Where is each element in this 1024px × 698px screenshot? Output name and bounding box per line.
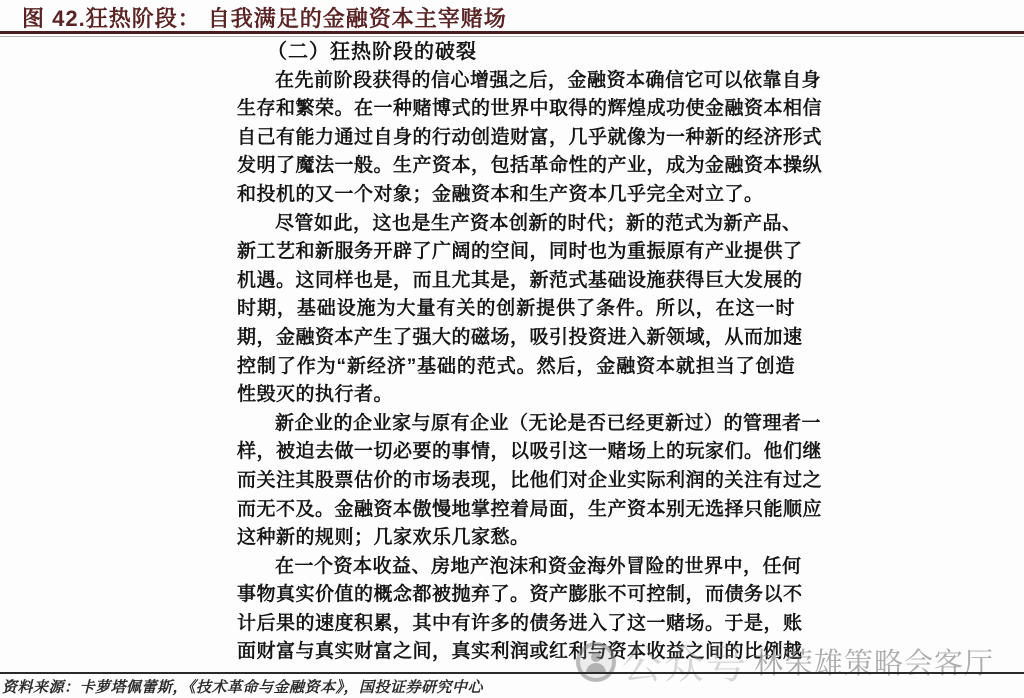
section-heading: （二）狂热阶段的破裂 (267, 38, 795, 67)
paragraph: 新企业的企业家与原有企业（无论是否已经更新过）的管理者一样，被迫去做一切必要的事… (237, 410, 795, 553)
title-rule-thin (0, 36, 1024, 37)
text-line: 机遇。这同样也是，而且尤其是，新范式基础设施获得巨大发展的 (237, 267, 795, 296)
text-line: 性毁灭的执行者。 (237, 381, 795, 410)
text-line: 事物真实价值的概念都被抛弃了。资产膨胀不可控制，而债务以不 (237, 581, 795, 610)
text-line: 计后果的速度积累，其中有许多的债务进入了这一赌场。于是，账 (237, 610, 795, 639)
text-line: 尽管如此，这也是生产资本创新的时代；新的范式为新产品、 (237, 210, 795, 239)
text-line: 在一个资本收益、房地产泡沫和资金海外冒险的世界中，任何 (237, 553, 795, 582)
paragraph: 在先前阶段获得的信心增强之后，金融资本确信它可以依靠自身生存和繁荣。在一种赌博式… (237, 67, 795, 210)
text-line: 期，金融资本产生了强大的磁场，吸引投资进入新领域，从而加速 (237, 324, 795, 353)
title-rule-thick (0, 31, 1024, 34)
text-line: 发明了魔法一般。生产资本，包括革命性的产业，成为金融资本操纵 (237, 152, 795, 181)
text-line: 新企业的企业家与原有企业（无论是否已经更新过）的管理者一 (237, 410, 795, 439)
text-line: 而关注其股票估价的市场表现，比他们对企业实际利润的关注有过之 (237, 467, 795, 496)
paragraph: 尽管如此，这也是生产资本创新的时代；新的范式为新产品、新工艺和新服务开辟了广阔的… (237, 210, 795, 410)
text-line: 这种新的规则；几家欢乐几家愁。 (237, 524, 795, 553)
text-line: 而无不及。金融资本傲慢地掌控着局面，生产资本别无选择只能顺应 (237, 496, 795, 525)
book-excerpt: （二）狂热阶段的破裂 在先前阶段获得的信心增强之后，金融资本确信它可以依靠自身生… (237, 38, 795, 667)
text-line: 面财富与真实财富之间，真实利润或红利与资本收益之间的比例越 (237, 638, 795, 667)
text-line: 样，被迫去做一切必要的事情，以吸引这一赌场上的玩家们。他们继 (237, 438, 795, 467)
text-line: 在先前阶段获得的信心增强之后，金融资本确信它可以依靠自身 (237, 67, 795, 96)
text-line: 自己有能力通过自身的行动创造财富，几乎就像为一种新的经济形式 (237, 124, 795, 153)
text-line: 控制了作为“新经济”基础的范式。然后，金融资本就担当了创造 (237, 353, 795, 382)
text-line: 生存和繁荣。在一种赌博式的世界中取得的辉煌成功使金融资本相信 (237, 95, 795, 124)
paragraphs-container: 在先前阶段获得的信心增强之后，金融资本确信它可以依靠自身生存和繁荣。在一种赌博式… (237, 67, 795, 667)
figure-title: 图 42.狂热阶段： 自我满足的金融资本主宰赌场 (22, 2, 507, 33)
text-line: 时期，基础设施为大量有关的创新提供了条件。所以，在这一时 (237, 295, 795, 324)
source-note: 资料来源：卡萝塔佩蕾斯，《技术革命与金融资本》，国投证券研究中心 (2, 676, 483, 697)
text-line: 和投机的又一个对象；金融资本和生产资本几乎完全对立了。 (237, 181, 795, 210)
paragraph: 在一个资本收益、房地产泡沫和资金海外冒险的世界中，任何事物真实价值的概念都被抛弃… (237, 553, 795, 667)
footer-rule (0, 672, 1024, 674)
text-line: 新工艺和新服务开辟了广阔的空间，同时也为重振原有产业提供了 (237, 238, 795, 267)
